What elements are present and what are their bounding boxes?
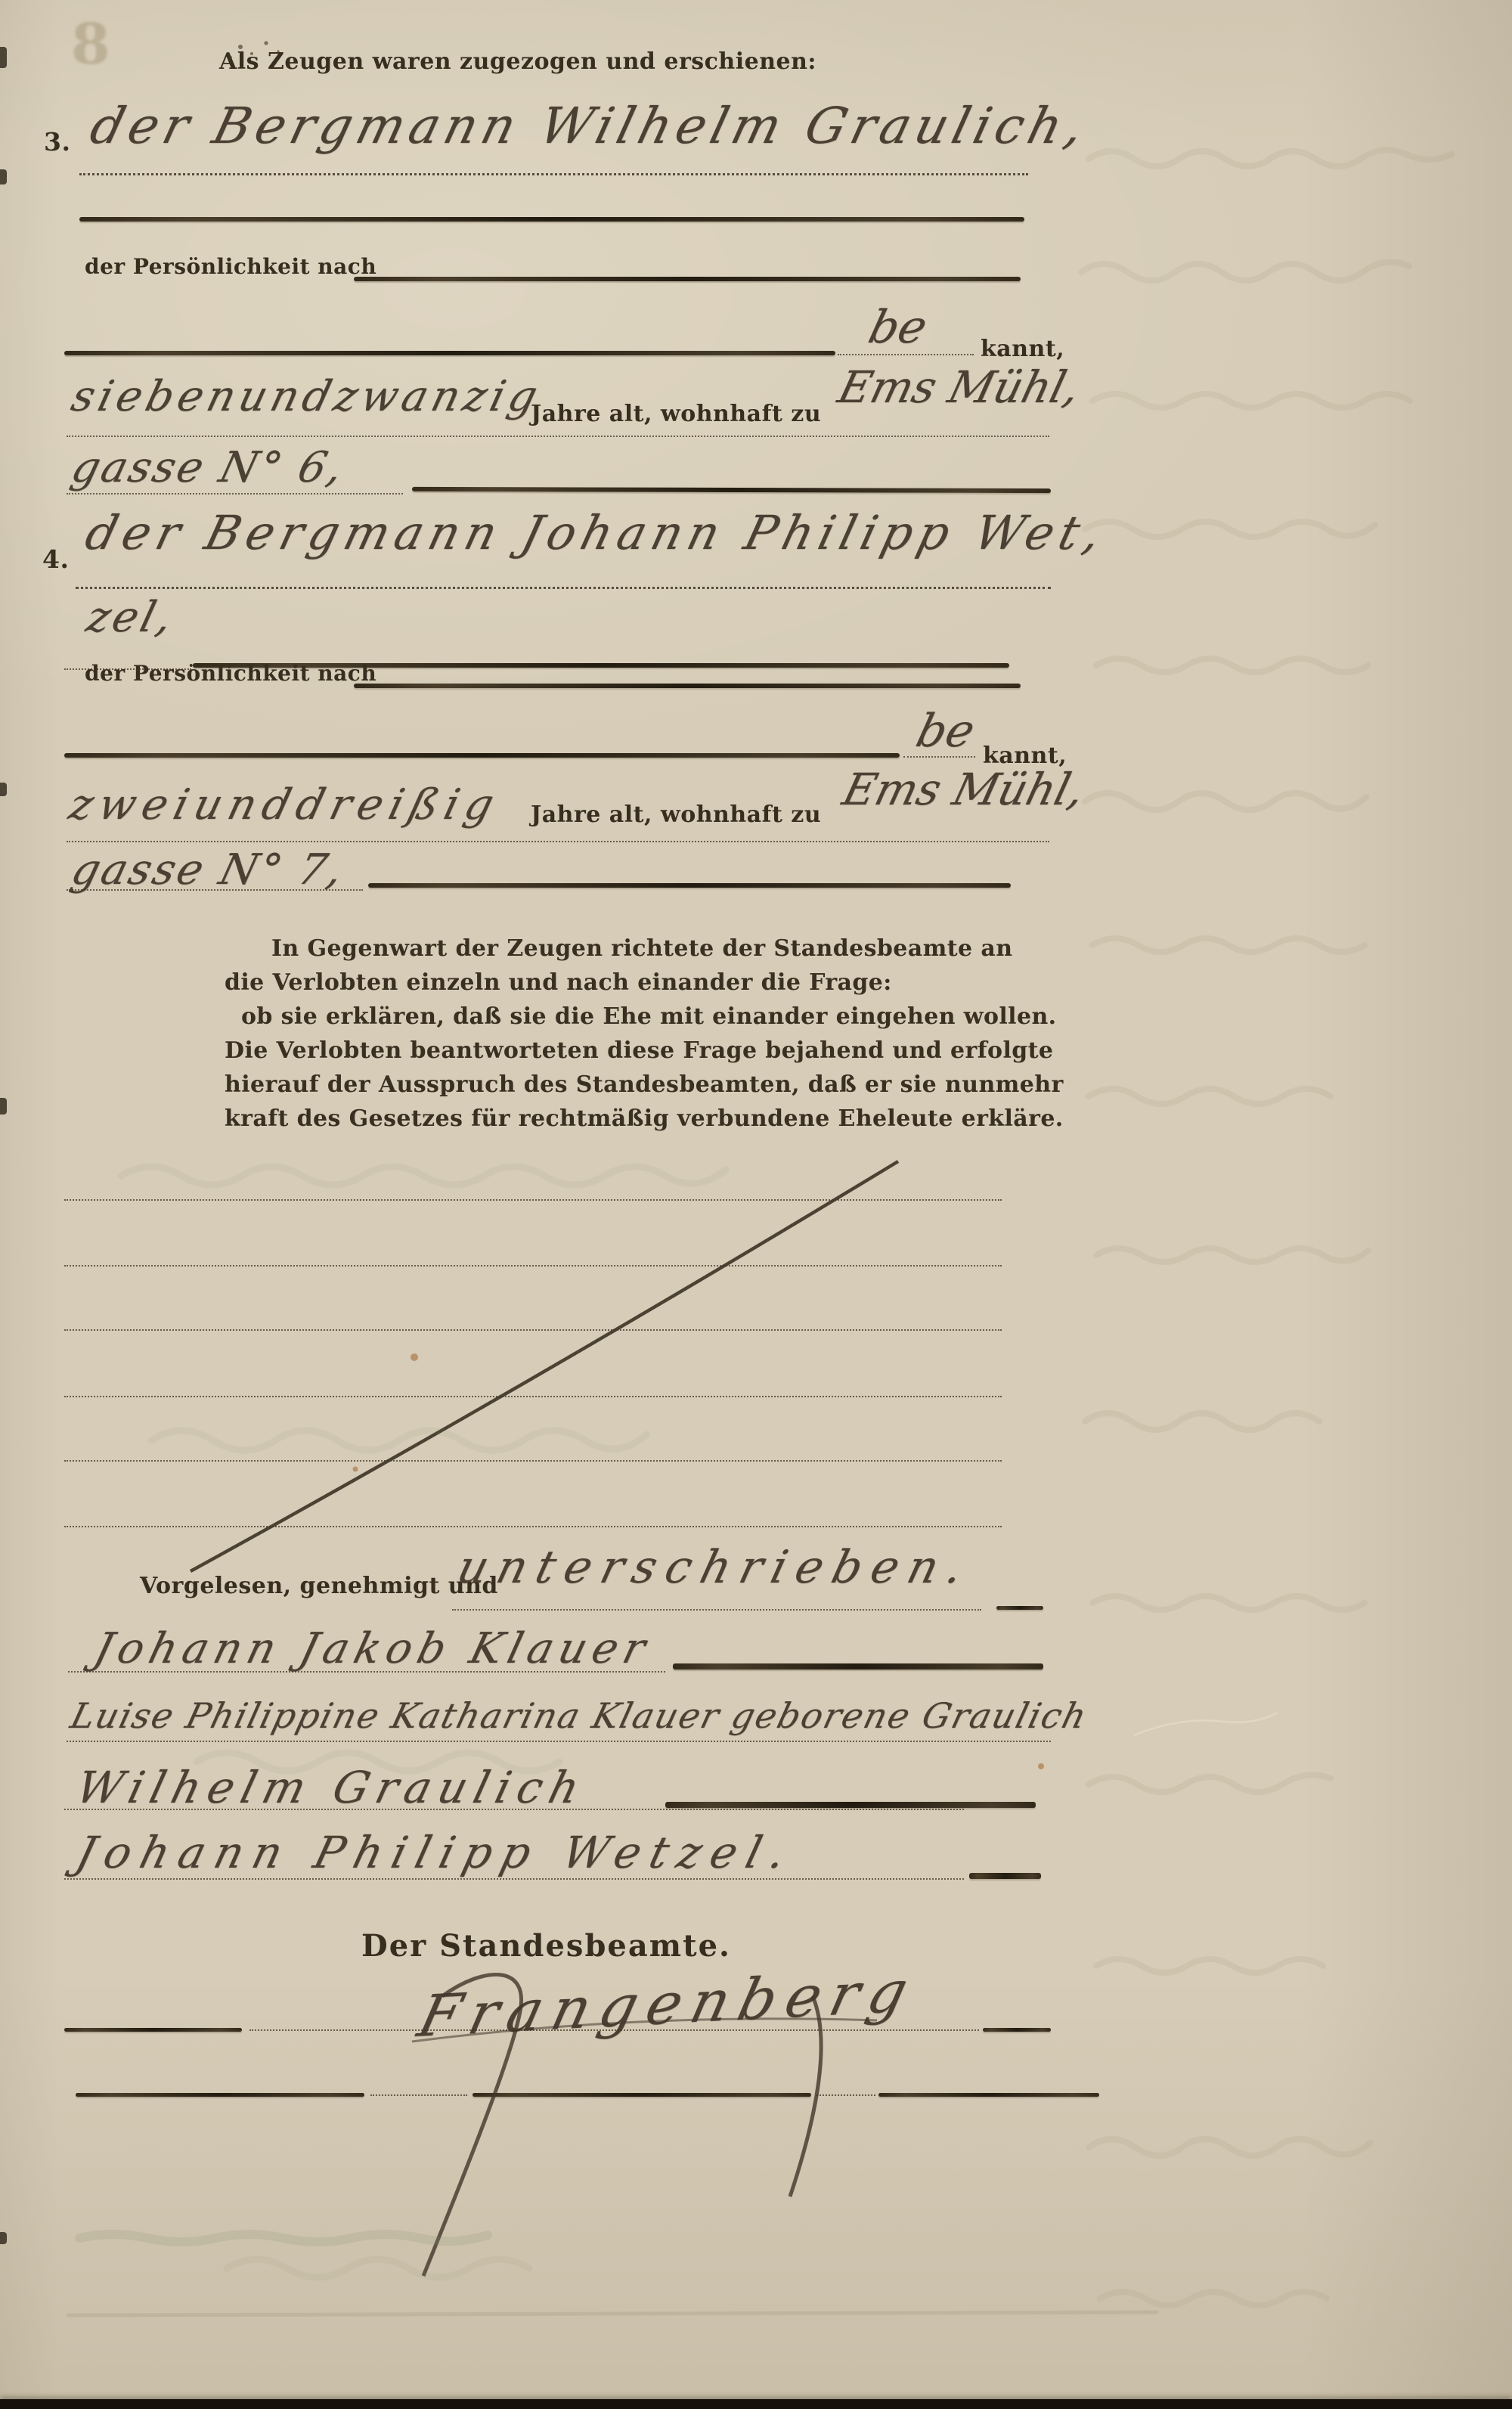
declaration-line: Die Verlobten beantworteten diese Frage … xyxy=(225,1034,1033,1068)
ruled-line xyxy=(76,2093,364,2097)
witness4-number: 4. xyxy=(42,544,69,574)
witness3-known-handwriting: be xyxy=(863,301,932,354)
ruled-line xyxy=(354,277,1021,281)
void-section-line xyxy=(64,1396,1002,1397)
declaration-line: kraft des Gesetzes für rechtmäßig verbun… xyxy=(225,1102,1033,1136)
void-section-line xyxy=(64,1199,1002,1201)
paper-crease xyxy=(1134,1713,1278,1735)
ruled-line xyxy=(665,1802,1036,1808)
witness4-residence-line2-handwriting: gasse N° 7, xyxy=(67,845,350,894)
witness3-number: 3. xyxy=(44,127,70,157)
registry-page: 8 Als Zeugen waren zugezogen und erschie… xyxy=(0,0,1512,2409)
witness4-name-handwriting: der Bergmann Johann Philipp Wet, xyxy=(80,505,1113,560)
ruled-line xyxy=(969,1873,1041,1879)
ruled-line xyxy=(79,217,1024,222)
ruled-line xyxy=(472,2093,811,2097)
ruled-line xyxy=(67,1741,1051,1742)
witness4-residence-handwriting: Ems Mühl, xyxy=(838,764,1090,815)
page-edge-mark xyxy=(0,169,7,184)
ruled-line xyxy=(64,753,900,758)
ruled-line xyxy=(67,841,1049,842)
void-section-line xyxy=(64,1329,1002,1331)
witness4-identity-label: der Persönlichkeit nach xyxy=(85,661,376,686)
declaration-line: In Gegenwart der Zeugen richtete der Sta… xyxy=(225,932,1033,966)
ruled-line xyxy=(996,1606,1043,1610)
section-heading: Als Zeugen waren zugezogen und erschiene… xyxy=(219,48,816,75)
ruled-line xyxy=(983,2028,1051,2032)
witness3-residence-line2-handwriting: gasse N° 6, xyxy=(67,443,350,492)
ruled-line xyxy=(64,1878,964,1880)
declaration-paragraph: In Gegenwart der Zeugen richtete der Sta… xyxy=(225,932,1033,1136)
ruled-line xyxy=(673,1663,1043,1670)
void-section-line xyxy=(64,1526,1002,1527)
ruled-line xyxy=(816,2094,875,2096)
ruled-line xyxy=(67,889,363,891)
page-edge-mark xyxy=(0,2232,7,2244)
verso-stamp-marks xyxy=(79,2234,488,2242)
void-diagonal-stroke xyxy=(191,1161,898,1571)
ruled-line xyxy=(452,1609,981,1611)
bleed-through-marks xyxy=(1081,150,1452,2305)
ruled-line xyxy=(64,1809,964,1810)
witness4-name-line2-handwriting: zel, xyxy=(82,593,181,642)
declaration-line: die Verlobten einzeln und nach einander … xyxy=(225,966,1033,1000)
registrar-title: Der Standesbeamte. xyxy=(361,1928,731,1964)
ruled-line xyxy=(76,587,1051,589)
ruled-line xyxy=(67,493,403,495)
ruled-line xyxy=(64,2028,242,2032)
ruled-line xyxy=(368,883,1011,888)
ink-overlay xyxy=(0,0,1512,2409)
closing-printed: Vorgelesen, genehmigt und xyxy=(140,1573,498,1599)
ruled-line xyxy=(64,351,835,355)
bottom-smudge xyxy=(68,2312,1157,2315)
signature-groom: Johann Jakob Klauer xyxy=(89,1624,656,1673)
witness3-identity-label: der Persönlichkeit nach xyxy=(85,254,376,279)
ruled-line xyxy=(68,1671,665,1673)
ruled-line xyxy=(370,2094,467,2096)
ruled-line xyxy=(838,354,974,355)
signature-witness4: Johann Philipp Wetzel. xyxy=(71,1827,801,1878)
witness3-age-printed: Jahre alt, wohnhaft zu xyxy=(531,401,821,427)
registrar-signature: Frangenberg xyxy=(412,1957,924,2050)
witness3-name-handwriting: der Bergmann Wilhelm Graulich, xyxy=(85,97,1095,155)
witness3-residence-handwriting: Ems Mühl, xyxy=(833,361,1086,413)
corner-smudge-numeral: 8 xyxy=(71,12,110,77)
scan-edge-strip xyxy=(0,2399,1512,2409)
void-section-line xyxy=(64,1460,1002,1462)
page-edge-mark xyxy=(0,783,7,796)
page-edge-mark xyxy=(0,1098,7,1115)
witness3-age-handwriting: siebenundzwanzig xyxy=(67,372,547,421)
witness4-known-handwriting: be xyxy=(911,705,980,758)
witness4-age-printed: Jahre alt, wohnhaft zu xyxy=(531,801,821,828)
witness4-age-handwriting: zweiunddreißig xyxy=(64,780,506,829)
page-edge-mark xyxy=(0,47,7,68)
closing-handwriting: unterschrieben. xyxy=(452,1541,978,1594)
ruled-line xyxy=(67,436,1049,437)
ruled-line xyxy=(412,487,1051,493)
ruled-line xyxy=(878,2093,1099,2097)
declaration-line: hierauf der Ausspruch des Standesbeamten… xyxy=(225,1068,1033,1102)
declaration-line: ob sie erklären, daß sie die Ehe mit ein… xyxy=(225,1000,1033,1034)
ruled-line xyxy=(79,173,1028,175)
witness3-known-printed: kannt, xyxy=(981,336,1064,362)
ruled-line xyxy=(249,2029,979,2031)
void-section-line xyxy=(64,1265,1002,1267)
signature-bride: Luise Philippine Katharina Klauer gebore… xyxy=(67,1695,1092,1736)
signature-witness3: Wilhelm Graulich xyxy=(71,1762,592,1813)
ruled-line xyxy=(354,684,1021,688)
